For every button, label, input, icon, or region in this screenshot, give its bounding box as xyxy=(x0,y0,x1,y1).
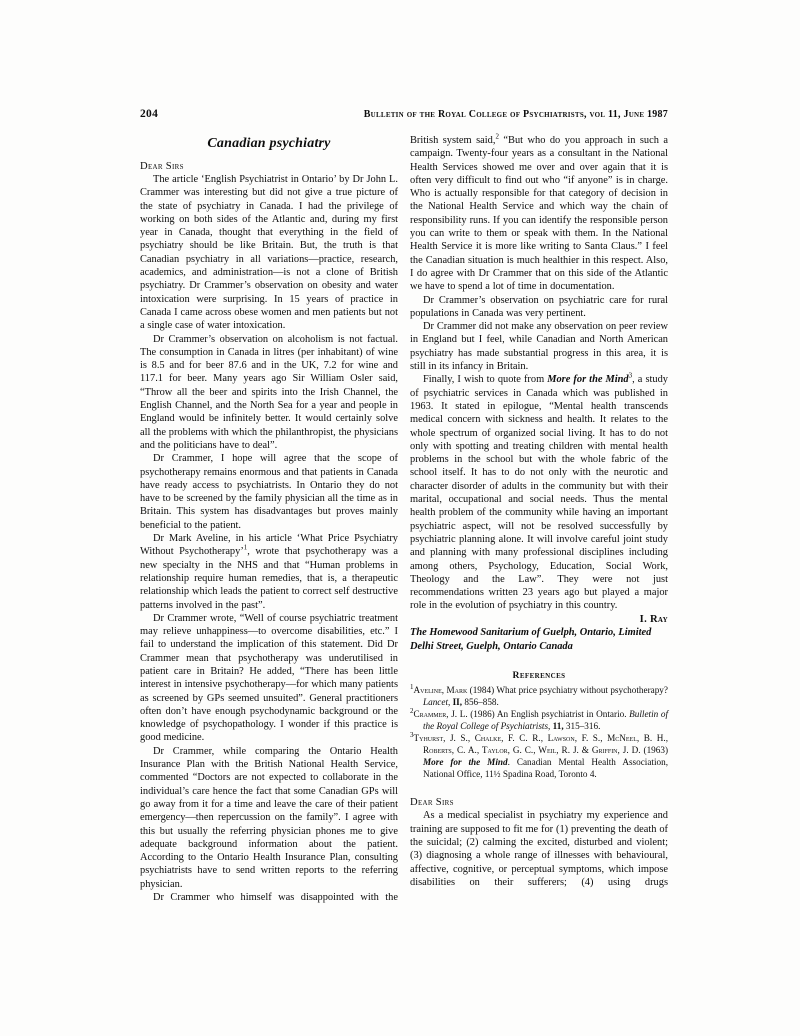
letter-paragraph: As a medical specialist in psychiatry my… xyxy=(410,809,668,889)
letter-paragraph: Dr Crammer wrote, “Well of course psychi… xyxy=(140,612,398,745)
letter-paragraph: Dr Crammer, while comparing the Ontario … xyxy=(140,745,398,891)
letter-paragraph: Dr Crammer did not make any observation … xyxy=(410,320,668,373)
references-list: 1Aveline, Mark (1984) What price psychia… xyxy=(410,684,668,781)
letter-paragraph: Dr Crammer who himself was disappointed … xyxy=(140,891,398,904)
references-heading: References xyxy=(410,670,668,681)
affiliation-line: The Homewood Sanitarium of Guelph, Ontar… xyxy=(410,626,668,640)
reference-item: 2Crammer, J. L. (1986) An English psychi… xyxy=(410,708,668,732)
affiliation-line: Delhi Street, Guelph, Ontario Canada xyxy=(410,640,668,654)
author-affiliation: The Homewood Sanitarium of Guelph, Ontar… xyxy=(410,626,668,654)
letter-paragraph: Dr Crammer’s observation on alcoholism i… xyxy=(140,333,398,453)
letter-paragraph: Dr Crammer, I hope will agree that the s… xyxy=(140,452,398,532)
journal-header-title: Bulletin of the Royal College of Psychia… xyxy=(364,109,668,120)
references-section: References 1Aveline, Mark (1984) What pr… xyxy=(410,670,668,781)
second-letter-text: As a medical specialist in psychiatry my… xyxy=(410,809,668,889)
letter-paragraph: Dr Crammer’s observation on psychiatric … xyxy=(410,294,668,321)
author-signature: I. Ray xyxy=(410,614,668,625)
left-column-text: The article ‘English Psychiatrist in Ont… xyxy=(140,173,398,904)
page-header: 204 Bulletin of the Royal College of Psy… xyxy=(140,108,668,120)
letter-paragraph: The article ‘English Psychiatrist in Ont… xyxy=(140,173,398,333)
salutation: Dear Sirs xyxy=(140,161,398,172)
reference-item: 3Tyhurst, J. S., Chalke, F. C. R., Lawso… xyxy=(410,732,668,780)
page-number: 204 xyxy=(140,108,158,120)
salutation: Dear Sirs xyxy=(410,797,668,808)
letter-paragraph: Finally, I wish to quote from More for t… xyxy=(410,373,668,612)
left-column: Canadian psychiatry Dear Sirs The articl… xyxy=(140,134,398,904)
reference-item: 1Aveline, Mark (1984) What price psychia… xyxy=(410,684,668,708)
journal-page: 204 Bulletin of the Royal College of Psy… xyxy=(0,0,800,1036)
letter-paragraph: Dr Mark Aveline, in his article ‘What Pr… xyxy=(140,532,398,612)
right-column: British system said,2 “But who do you ap… xyxy=(410,134,668,904)
right-column-text: British system said,2 “But who do you ap… xyxy=(410,134,668,613)
two-column-body: Canadian psychiatry Dear Sirs The articl… xyxy=(140,134,668,904)
article-title: Canadian psychiatry xyxy=(140,136,398,152)
second-letter: Dear Sirs As a medical specialist in psy… xyxy=(410,797,668,889)
letter-paragraph: British system said,2 “But who do you ap… xyxy=(410,134,668,294)
